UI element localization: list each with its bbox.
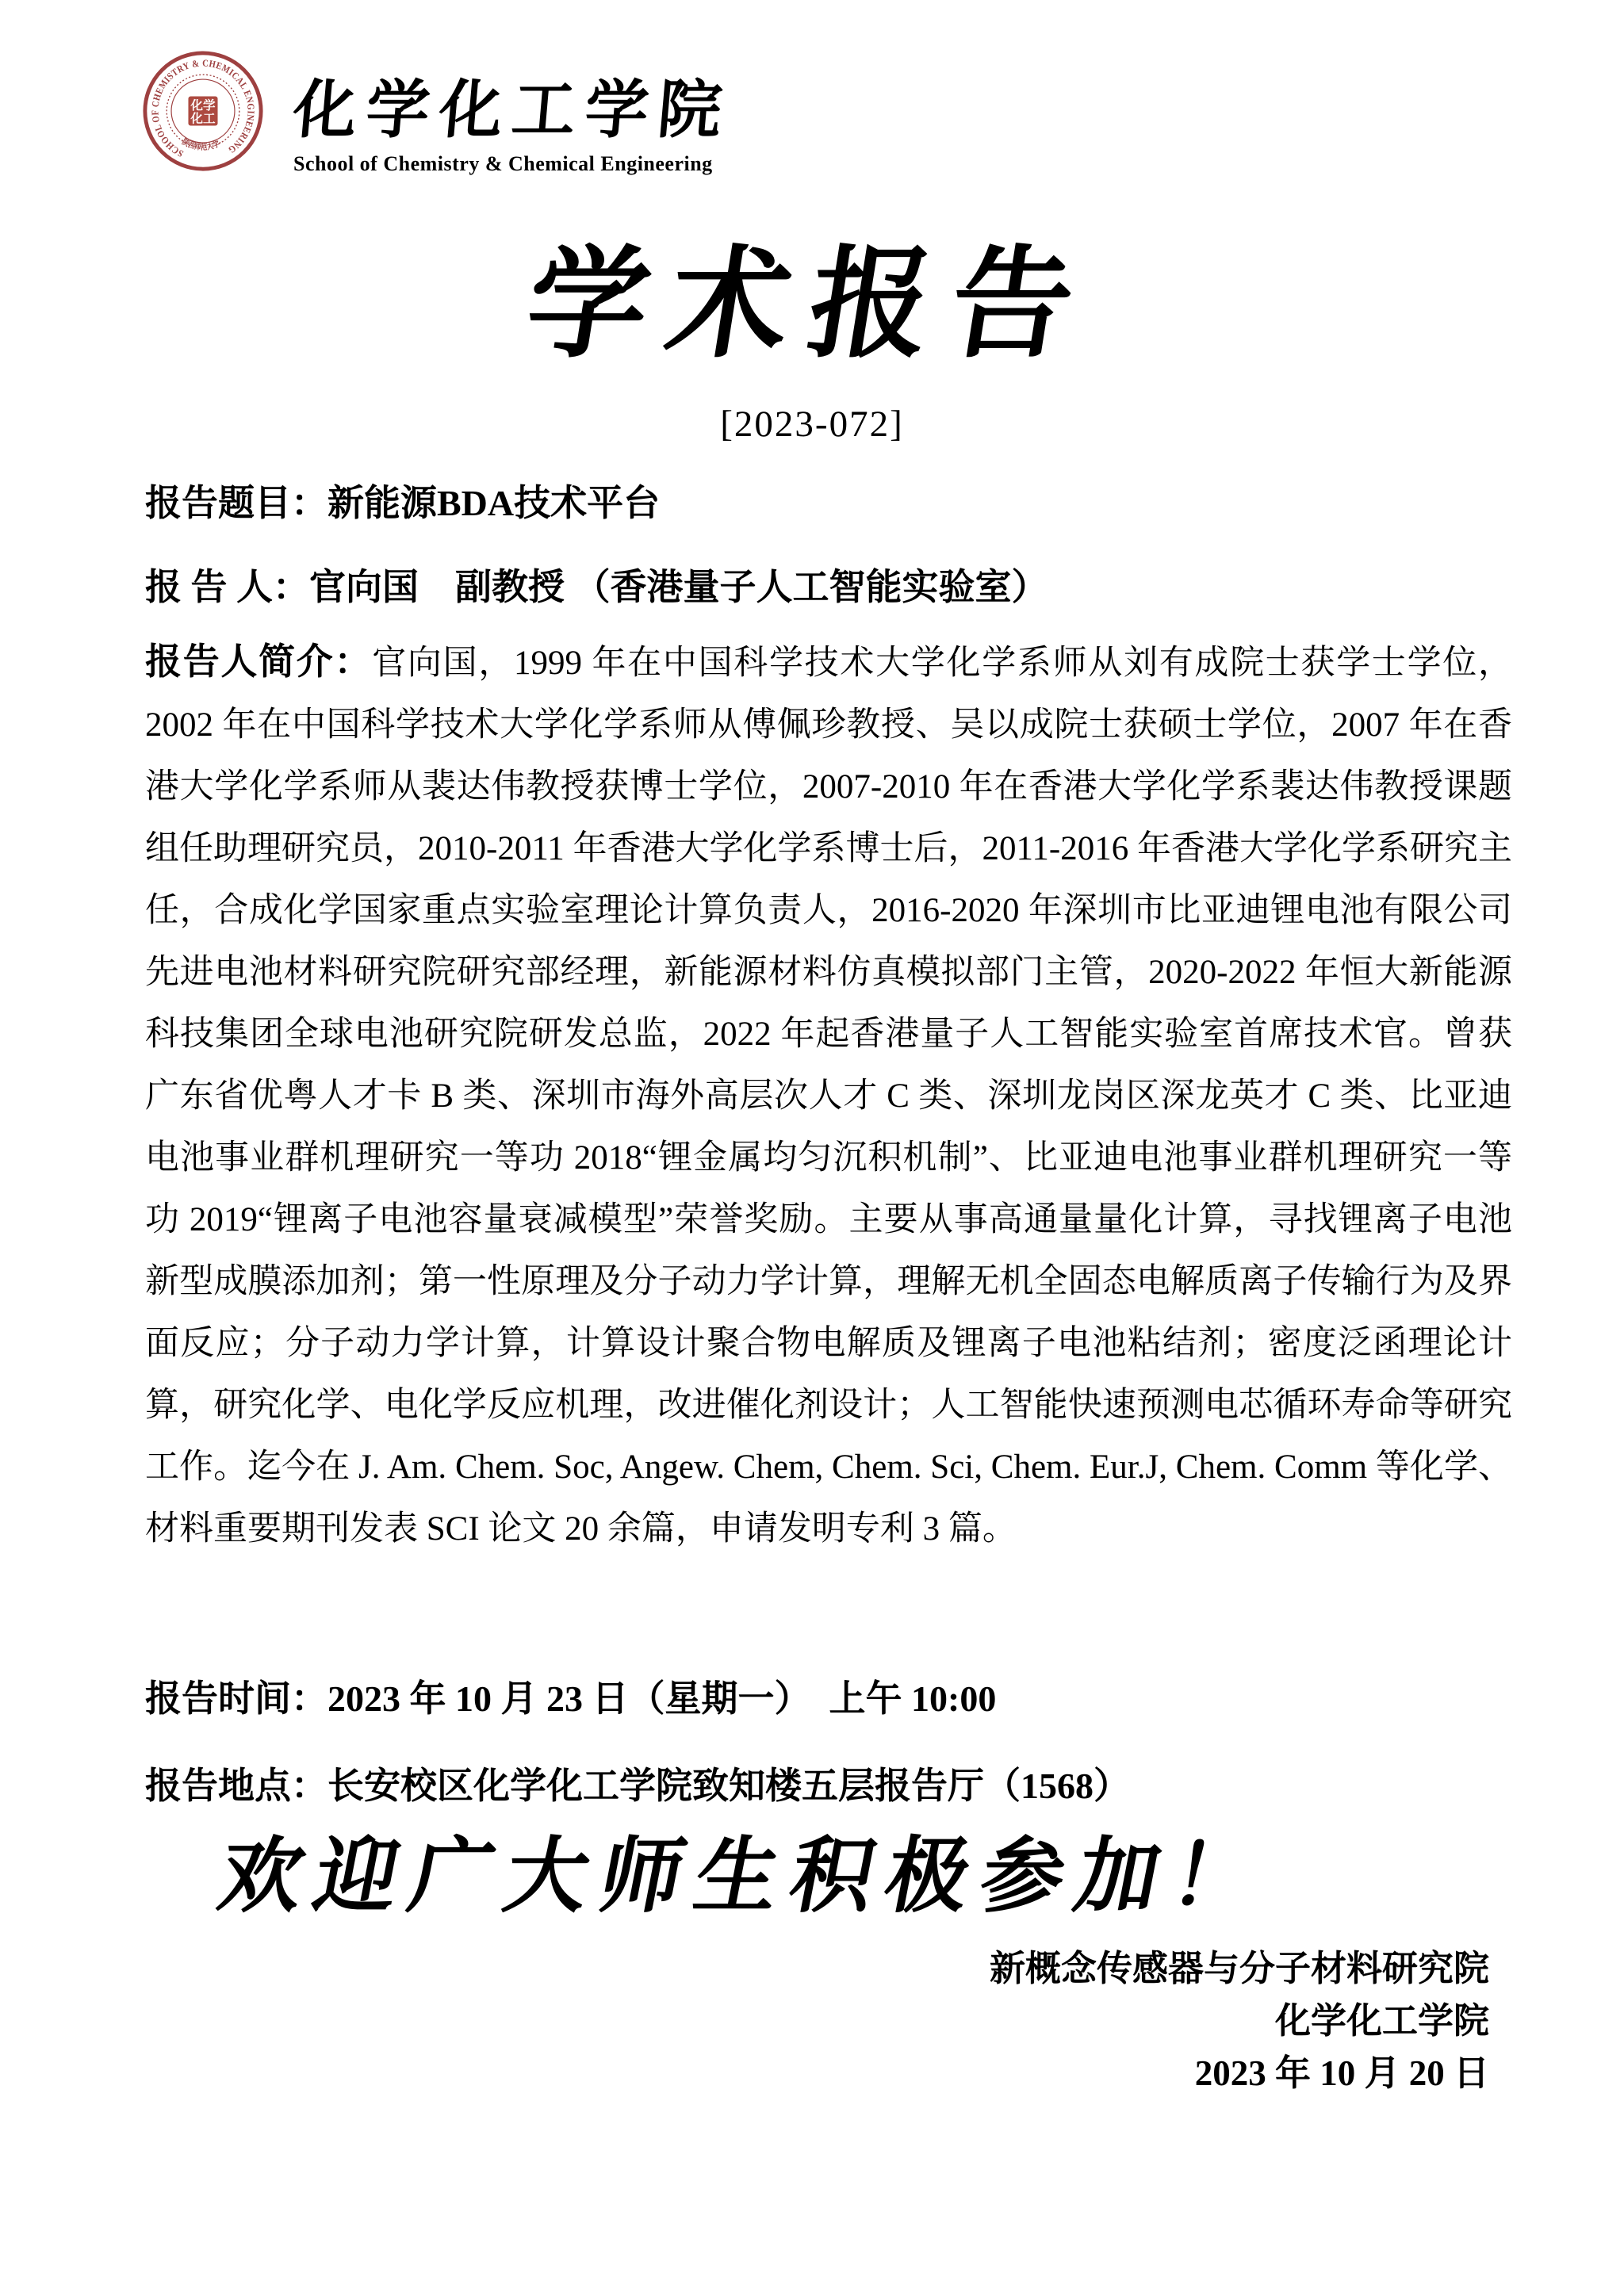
signature-school: 化学化工学院 [990,1995,1489,2047]
signature-date: 2023 年 10 月 20 日 [990,2047,1489,2099]
school-seal-icon: SCHOOL OF CHEMISTRY & CHEMICAL ENGINEERI… [141,49,265,173]
seal-stamp-text-top: 化学 [190,98,216,113]
seal-stamp-text-bottom: 化工 [190,111,216,126]
page-title: 学术报告 [0,208,1624,381]
school-name-cn: 化学化工学院 [291,78,734,141]
signature-institute: 新概念传感器与分子材料研究院 [990,1942,1489,1995]
report-venue-label: 报告地点： [145,1766,327,1806]
announcement-page: SCHOOL OF CHEMISTRY & CHEMICAL ENGINEERI… [0,0,1624,2296]
speaker-bio-label: 报告人简介： [145,641,372,682]
report-topic-line: 报告题目：新能源BDA技术平台 [145,474,1517,526]
report-number: [2023-072] [0,403,1624,446]
welcome-line: 欢迎广大师生积极参加！ [0,1809,1491,1928]
report-topic-value: 新能源BDA技术平台 [327,483,660,523]
speaker-bio-paragraph: 报告人简介：官向国，1999 年在中国科学技术大学化学系师从刘有成院士获学士学位… [145,631,1512,1560]
report-speaker-label: 报 告 人： [145,567,309,607]
report-time-line: 报告时间：2023 年 10 月 23 日（星期一） 上午 10:00 [145,1670,1517,1722]
welcome-text: 欢迎广大师生积极参加！ [210,1809,1280,1928]
report-venue-line: 报告地点：长安校区化学化工学院致知楼五层报告厅（1568） [145,1757,1517,1809]
signature-block: 新概念传感器与分子材料研究院 化学化工学院 2023 年 10 月 20 日 [990,1942,1489,2099]
report-speaker-value: 官向国 副教授 （香港量子人工智能实验室） [309,567,1048,607]
school-name-block: 化学化工学院 School of Chemistry & Chemical En… [293,49,731,176]
school-logo: SCHOOL OF CHEMISTRY & CHEMICAL ENGINEERI… [141,49,731,176]
school-name-en: School of Chemistry & Chemical Engineeri… [293,152,731,176]
report-speaker-line: 报 告 人：官向国 副教授 （香港量子人工智能实验室） [145,558,1517,610]
report-time-value: 2023 年 10 月 23 日（星期一） 上午 10:00 [327,1678,996,1719]
report-time-label: 报告时间： [145,1678,327,1719]
speaker-bio-text: 官向国，1999 年在中国科学技术大学化学系师从刘有成院士获学士学位，2002 … [145,645,1512,1548]
report-venue-value: 长安校区化学化工学院致知楼五层报告厅（1568） [327,1766,1130,1806]
report-topic-label: 报告题目： [145,483,327,523]
page-title-text: 学术报告 [516,208,1109,381]
